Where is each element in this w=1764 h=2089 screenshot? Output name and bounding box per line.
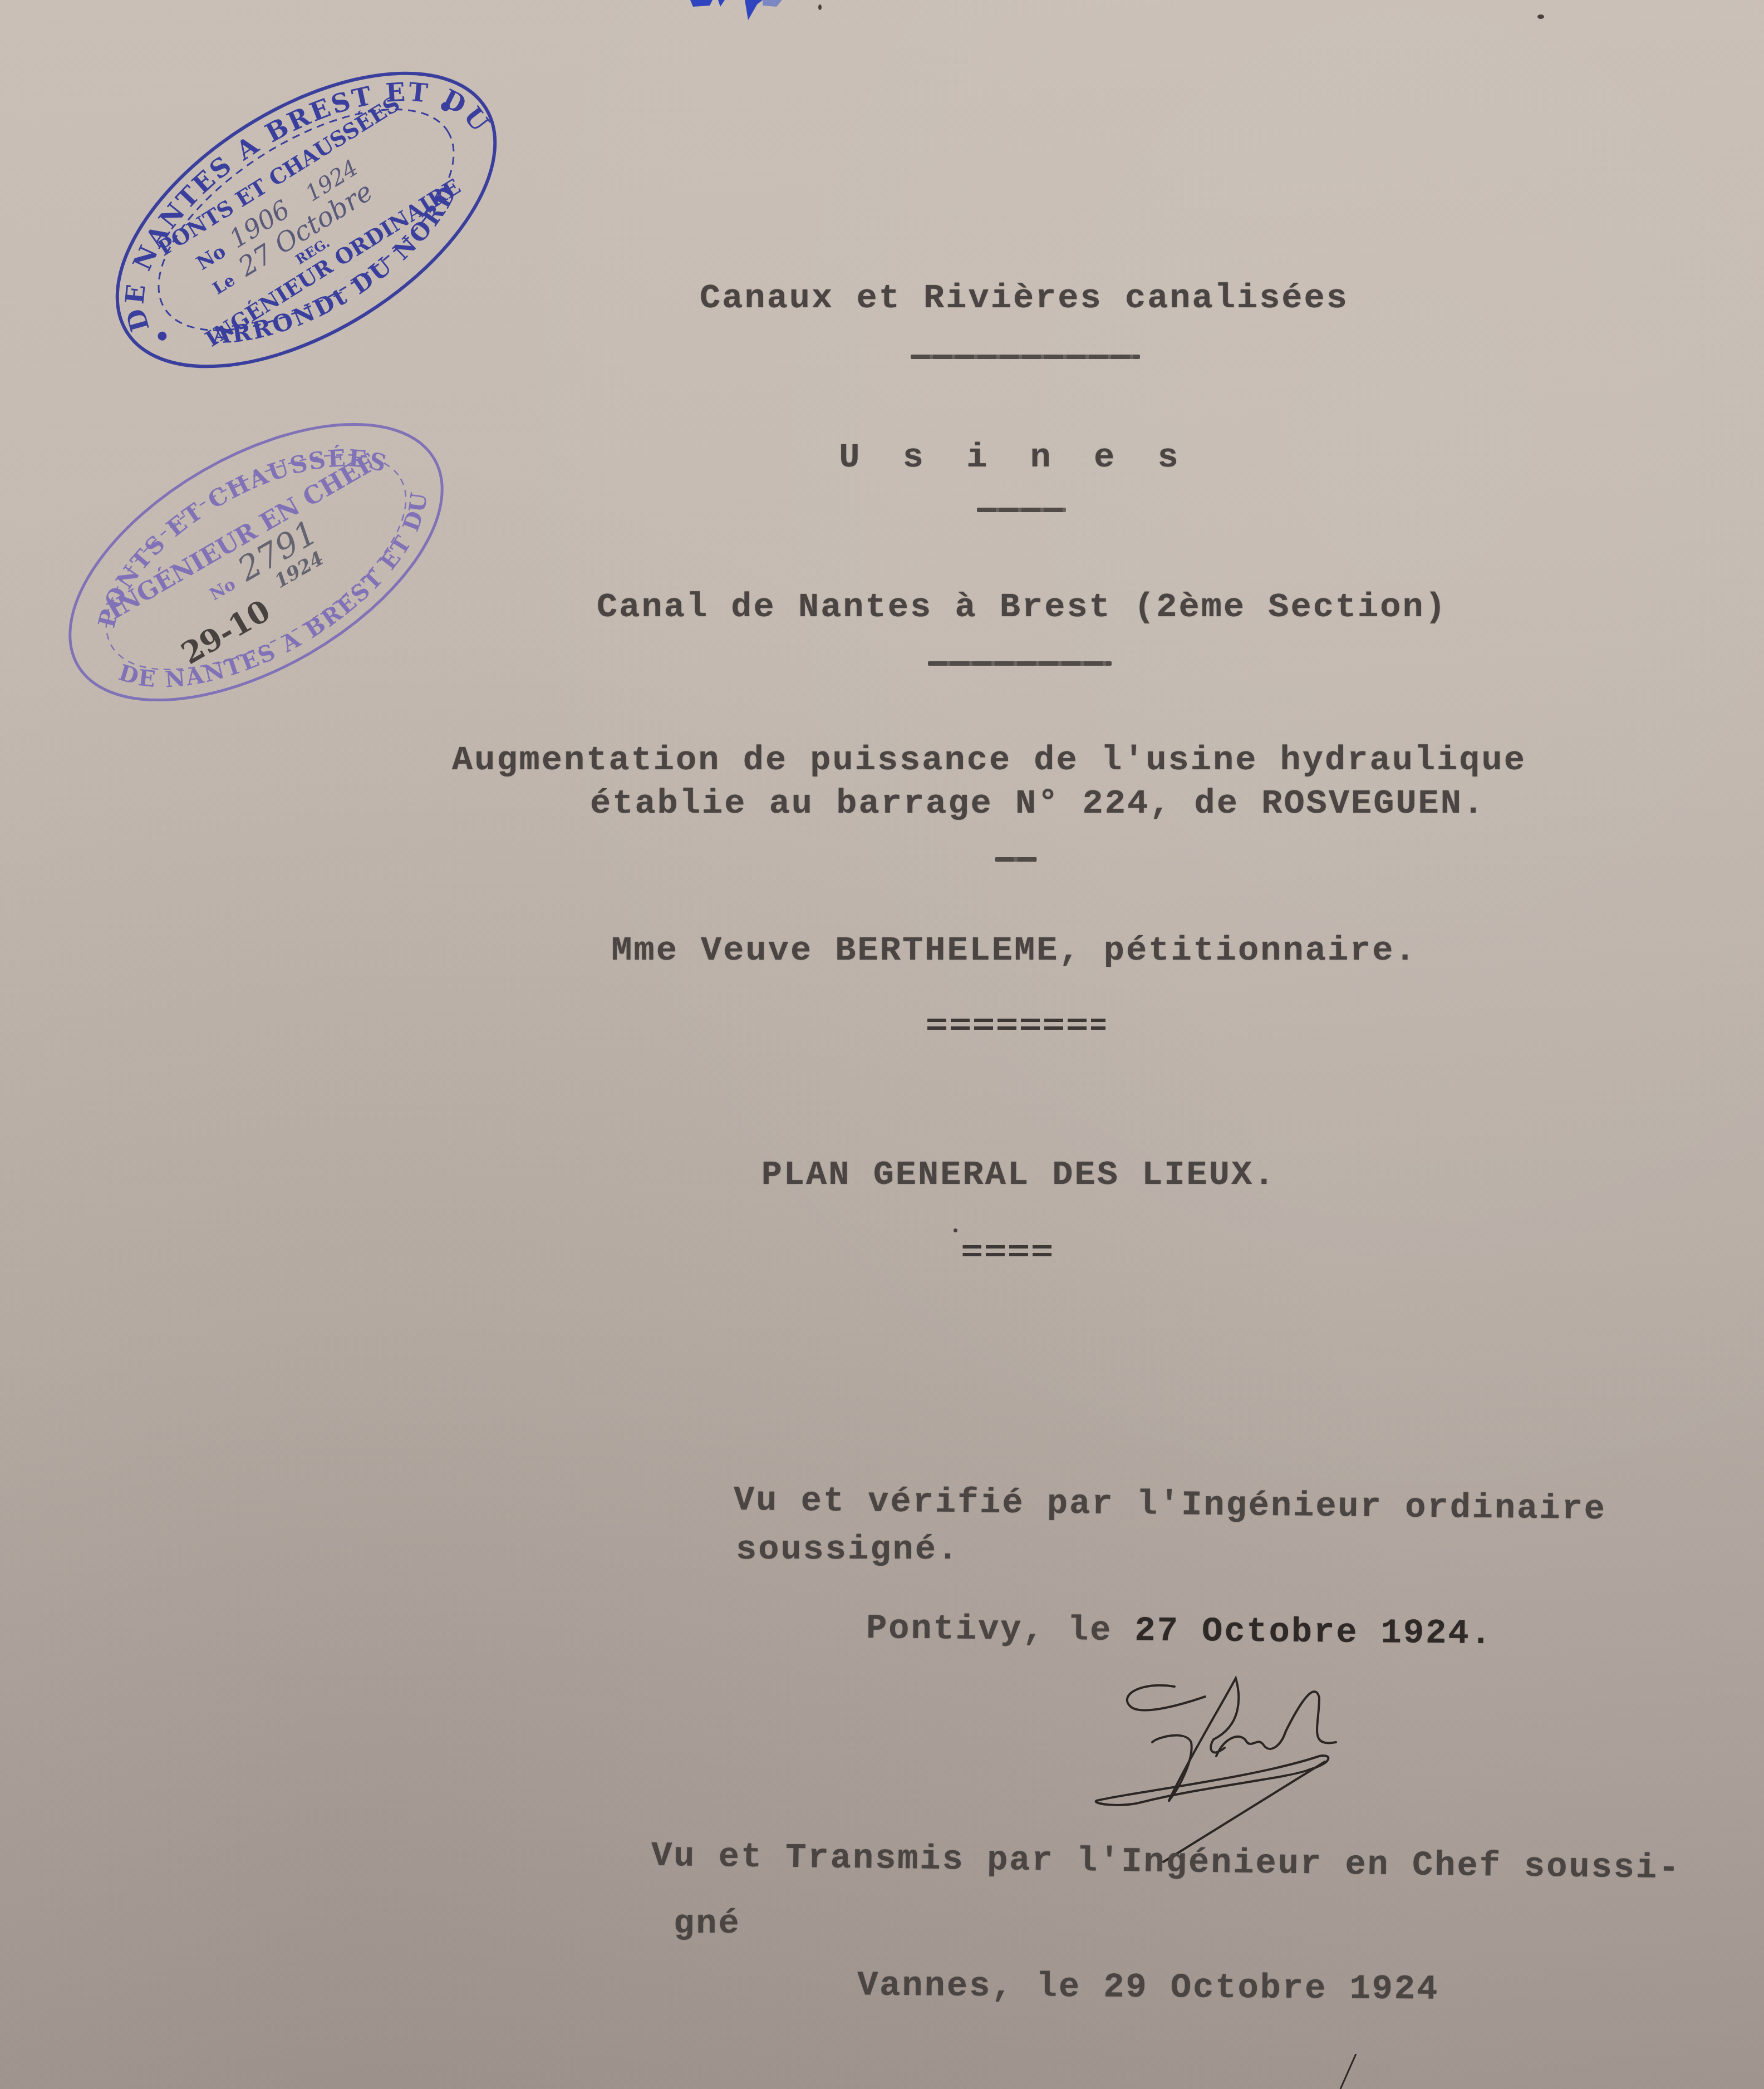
verification-place: Pontivy, le <box>866 1609 1135 1650</box>
divider-rule <box>977 508 1066 512</box>
canal-heading: Canal de Nantes à Brest (2ème Section) <box>597 587 1447 627</box>
transmission-line-1: Vu et Transmis par l'Ingénieur en Chef s… <box>651 1836 1681 1889</box>
paper-speck <box>818 4 822 10</box>
verification-line-1: Vu et vérifié par l'Ingénieur ordinaire <box>734 1481 1607 1529</box>
stamp1-date-label: Le <box>209 271 239 299</box>
verification-date: 27 Octobre 1924. <box>1134 1611 1493 1654</box>
transmission-place-date: Vannes, le 29 Octobre 1924 <box>857 1965 1439 2009</box>
verification-line-2: soussigné. <box>736 1530 960 1569</box>
petitioner-line: Mme Veuve BERTHELEME, pétitionnaire. <box>611 931 1417 970</box>
subject-heading: U s i n e s <box>839 438 1189 477</box>
double-divider <box>927 1019 1105 1034</box>
department-heading: Canaux et Rivières canalisées <box>700 278 1349 318</box>
stamp2-number-label: No <box>207 574 239 604</box>
document-page: CANAUX DE NANTES A BREST ET DU BLAVET AR… <box>0 0 1764 2089</box>
transmission-line-2: gné <box>674 1904 741 1943</box>
stamp1-number-label: No <box>193 240 230 274</box>
ink-smudge-icon <box>679 0 879 28</box>
plan-title: PLAN GENERAL DES LIEUX. <box>761 1155 1276 1195</box>
paper-speck <box>954 1228 957 1232</box>
divider-rule <box>995 857 1037 862</box>
object-line-2: établie au barrage N° 224, de ROSVEGUEN. <box>590 784 1485 823</box>
verification-place-date: Pontivy, le 27 Octobre 1924. <box>866 1609 1493 1654</box>
double-divider <box>963 1245 1055 1261</box>
object-line-1: Augmentation de puissance de l'usine hyd… <box>452 740 1526 780</box>
paper-speck <box>1537 14 1544 19</box>
stamp-ingenieur-en-chef: PONTS ET CHAUSSÉES CANAUX DE NANTES A BR… <box>39 401 473 721</box>
divider-rule <box>928 661 1112 666</box>
stamp-ingenieur-ordinaire: CANAUX DE NANTES A BREST ET DU BLAVET AR… <box>83 53 529 390</box>
pencil-stroke-icon <box>1336 2054 1358 2089</box>
divider-rule <box>911 355 1140 359</box>
